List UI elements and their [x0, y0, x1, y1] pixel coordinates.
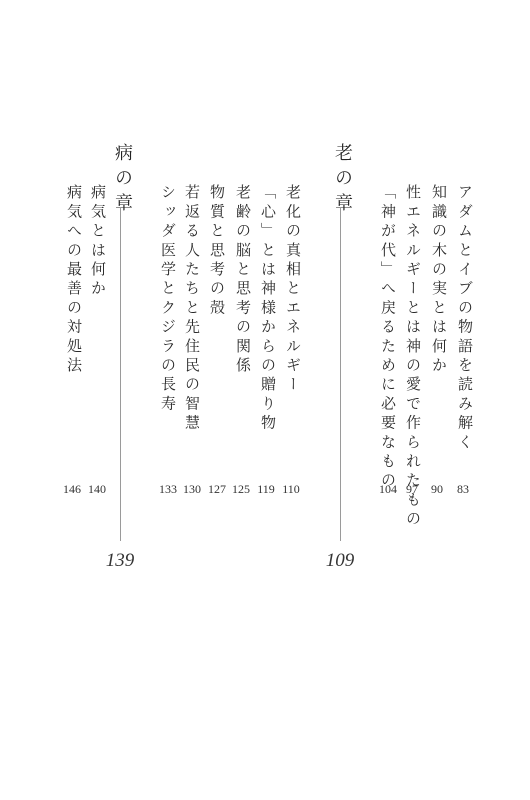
toc-entry-title[interactable]: 知識の木の実とは何か	[428, 184, 446, 376]
toc-entry-title[interactable]: 物質と思考の殻	[206, 184, 224, 318]
toc-entry-page: 146	[63, 482, 81, 497]
toc-entry-page: 104	[379, 482, 397, 497]
toc-entry-title[interactable]: 老齢の脳と思考の関係	[232, 184, 250, 376]
toc-entry-title[interactable]: 老化の真相とエネルギー	[282, 184, 300, 395]
toc-entry-title[interactable]: 「心」とは神様からの贈り物	[257, 184, 275, 434]
toc-entry-title[interactable]: 「神が代」へ戻るために必要なもの	[377, 184, 395, 491]
toc-entry-page: 90	[431, 482, 443, 497]
chapter-page-number: 109	[326, 550, 355, 572]
toc-entry-page: 83	[457, 482, 469, 497]
toc-entry-page: 110	[282, 482, 300, 497]
toc-entry-page: 97	[406, 482, 418, 497]
toc-entry-title[interactable]: 性エネルギーとは神の愛で作られたもの	[402, 184, 420, 530]
toc-entry-title[interactable]: 病気への最善の対処法	[63, 184, 81, 376]
toc-entry-title[interactable]: アダムとイブの物語を読み解く	[454, 184, 472, 453]
toc-entry-title[interactable]: 若返る人たちと先住民の智慧	[181, 184, 199, 434]
toc-entry-page: 140	[88, 482, 106, 497]
toc-entry-page: 119	[257, 482, 275, 497]
toc-entry-title[interactable]: 病気とは何か	[87, 184, 105, 299]
toc-entry-page: 133	[159, 482, 177, 497]
toc-entry-page: 130	[183, 482, 201, 497]
toc-entry-title[interactable]: シッダ医学とクジラの長寿	[157, 184, 175, 414]
toc-entry-page: 127	[208, 482, 226, 497]
chapter-page-number: 139	[106, 550, 135, 572]
chapter-divider-line	[340, 207, 341, 541]
chapter-divider-line	[120, 207, 121, 541]
toc-entry-page: 125	[232, 482, 250, 497]
